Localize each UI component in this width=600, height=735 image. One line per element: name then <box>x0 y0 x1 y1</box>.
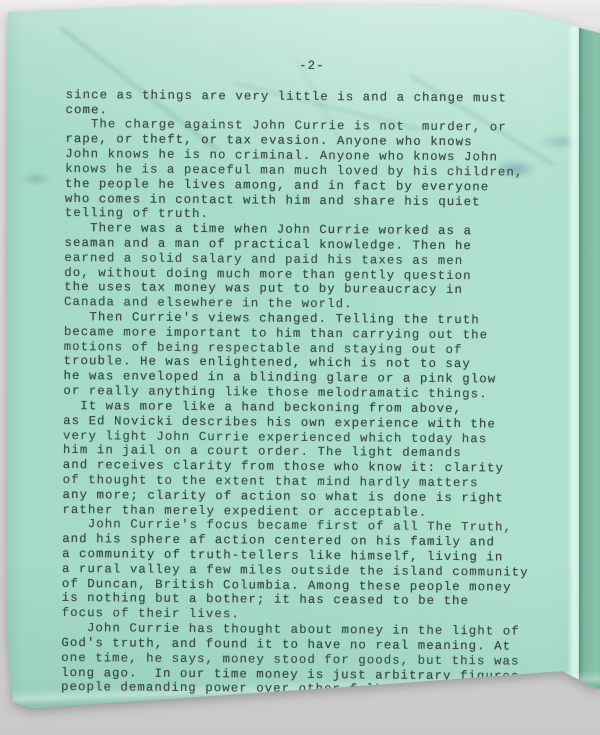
page-number: -2- <box>66 57 558 76</box>
page-edge-dark-band <box>579 28 600 696</box>
typewritten-text: since as things are very little is and a… <box>61 88 558 699</box>
typewritten-text-block: -2- since as things are very little is a… <box>61 57 558 699</box>
paper-shadow-wrap: -2- since as things are very little is a… <box>0 0 600 735</box>
gray-smudge <box>16 172 56 186</box>
photo-background: -2- since as things are very little is a… <box>0 0 600 735</box>
page-curl-highlight <box>567 26 579 682</box>
paper-page: -2- since as things are very little is a… <box>6 4 600 712</box>
